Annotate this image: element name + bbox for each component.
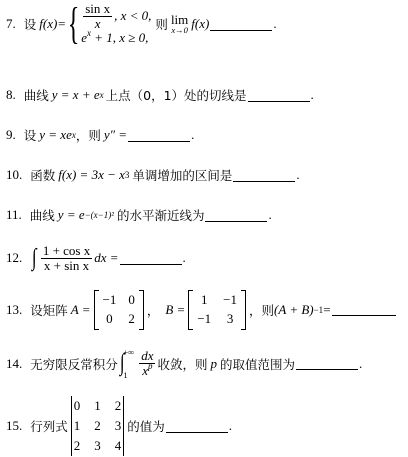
question-15: 15. 行列式 012 123 234 的值为 . bbox=[6, 396, 232, 456]
answer-blank[interactable] bbox=[120, 252, 182, 265]
fraction: 1 + cos x x + sin x bbox=[41, 244, 92, 272]
matrix-b: 1−1 −13 bbox=[188, 290, 246, 330]
integral-sign: ∫ bbox=[120, 350, 125, 377]
question-10: 10. 函数 f(x) = 3x − x3 单调增加的区间是 . bbox=[6, 166, 300, 184]
answer-blank[interactable] bbox=[210, 18, 272, 31]
matrix-a: −10 02 bbox=[94, 290, 144, 330]
answer-blank[interactable] bbox=[166, 420, 228, 433]
question-7: 7. 设 f(x)= { sin x x , x < 0, ex + 1, x … bbox=[6, 2, 277, 46]
question-11: 11. 曲线 y = e−(x−1)² 的水平渐近线为 . bbox=[6, 206, 272, 224]
limit: limx→0 bbox=[171, 13, 188, 35]
question-13: 13. 设矩阵 A = −10 02 ， B = 1−1 −13 ，则 (A +… bbox=[6, 290, 397, 330]
answer-blank[interactable] bbox=[205, 209, 267, 222]
answer-blank[interactable] bbox=[296, 357, 358, 370]
question-8: 8. 曲线 y = x + ex 上点（0，1）处的切线是 . bbox=[6, 86, 314, 104]
integral-limits: +∞1 bbox=[123, 348, 134, 379]
answer-blank[interactable] bbox=[233, 169, 295, 182]
question-12: 12. ∫ 1 + cos x x + sin x dx = . bbox=[6, 244, 186, 272]
integral-sign: ∫ bbox=[32, 245, 37, 272]
answer-blank[interactable] bbox=[128, 129, 190, 142]
question-number: 7. bbox=[6, 16, 16, 32]
question-14: 14. 无穷限反常积分 ∫ +∞1 dx xp 收敛，则 p 的取值范围为 . bbox=[6, 348, 362, 379]
question-9: 9. 设 y = xex ，则 y″ = . bbox=[6, 126, 194, 144]
answer-blank[interactable] bbox=[248, 89, 310, 102]
piecewise-cases: sin x x , x < 0, ex + 1, x ≥ 0, bbox=[81, 2, 151, 46]
left-brace: { bbox=[68, 2, 80, 46]
fraction: sin x x bbox=[83, 2, 112, 30]
answer-blank[interactable] bbox=[332, 303, 396, 316]
fraction: dx xp bbox=[139, 349, 155, 377]
determinant: 012 123 234 bbox=[71, 396, 125, 456]
